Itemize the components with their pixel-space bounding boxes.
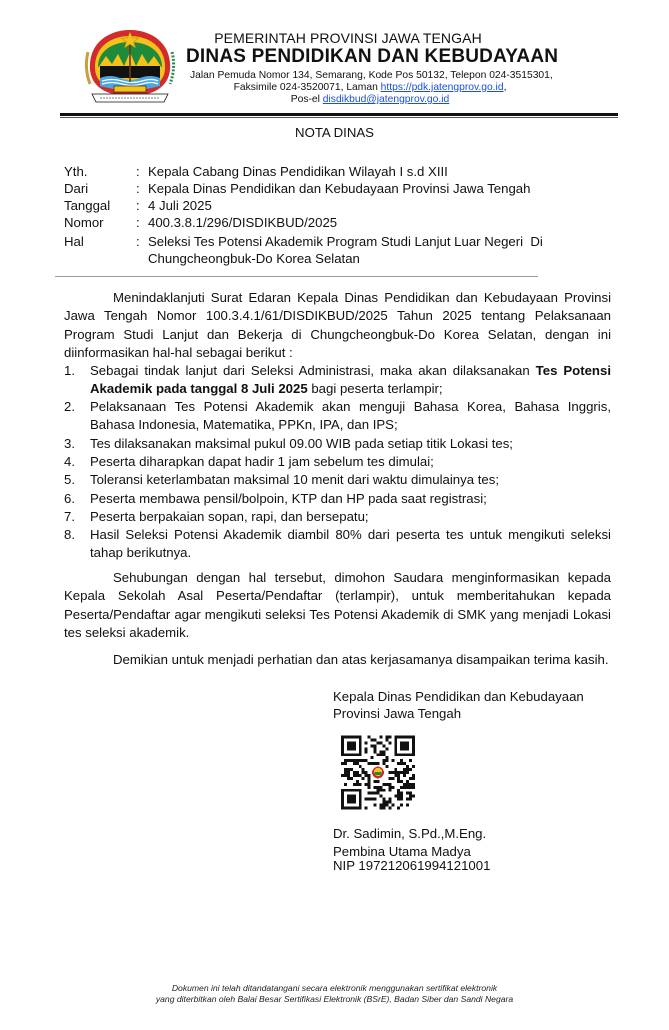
government-name: PEMERINTAH PROVINSI JAWA TENGAH xyxy=(190,30,506,46)
meta-colon: : xyxy=(136,198,140,213)
meta-colon: : xyxy=(136,181,140,196)
list-number: 7. xyxy=(64,508,75,526)
list-text: Peserta diharapkan dapat hadir 1 jam seb… xyxy=(90,453,611,471)
list-number: 8. xyxy=(64,526,75,544)
list-item: 1. Sebagai tindak lanjut dari Seleksi Ad… xyxy=(64,362,611,399)
signer-position: Kepala Dinas Pendidikan dan Kebudayaan xyxy=(333,689,584,704)
list-text: Peserta berpakaian sopan, rapi, dan bers… xyxy=(90,508,611,526)
list-item: 7. Peserta berpakaian sopan, rapi, dan b… xyxy=(64,508,611,526)
list-text: Toleransi keterlambatan maksimal 10 meni… xyxy=(90,471,611,489)
agency-name: DINAS PENDIDIKAN DAN KEBUDAYAAN xyxy=(186,46,546,68)
list-text: Tes dilaksanakan maksimal pukul 09.00 WI… xyxy=(90,435,611,453)
email-link[interactable]: disdikbud@jatengprov.go.id xyxy=(323,94,449,105)
fax-label: Faksimile 024-3520071, Laman xyxy=(234,82,381,93)
list-item: 6. Peserta membawa pensil/bolpoin, KTP d… xyxy=(64,490,611,508)
meta-label: Dari xyxy=(64,181,88,196)
meta-value: Kepala Dinas Pendidikan dan Kebudayaan P… xyxy=(148,181,530,196)
email-label: Pos-el xyxy=(291,94,323,105)
contact-line: Faksimile 024-3520071, Laman https://pdk… xyxy=(190,82,550,93)
memo-title: NOTA DINAS xyxy=(0,125,669,140)
meta-value: Kepala Cabang Dinas Pendidikan Wilayah I… xyxy=(148,164,448,179)
list-text: Sebagai tindak lanjut dari Seleksi Admin… xyxy=(90,362,611,399)
meta-label: Hal xyxy=(64,234,84,249)
website-link[interactable]: https://pdk.jatengprov.go.id xyxy=(381,82,504,93)
nip-label: NIP xyxy=(333,858,355,873)
list-number: 3. xyxy=(64,435,75,453)
list-number: 5. xyxy=(64,471,75,489)
meta-value: Seleksi Tes Potensi Akademik Program Stu… xyxy=(148,234,543,249)
list-number: 6. xyxy=(64,490,75,508)
meta-label: Nomor xyxy=(64,215,104,230)
list-text: Pelaksanaan Tes Potensi Akademik akan me… xyxy=(90,398,611,435)
closing-paragraph: Demikian untuk menjadi perhatian dan ata… xyxy=(64,651,611,669)
list-text: Peserta membawa pensil/bolpoin, KTP dan … xyxy=(90,490,611,508)
signer-province: Provinsi Jawa Tengah xyxy=(333,706,461,721)
list-number: 2. xyxy=(64,398,75,416)
meta-value: 4 Juli 2025 xyxy=(148,198,212,213)
list-number: 4. xyxy=(64,453,75,471)
meta-value: 400.3.8.1/296/DISDIKBUD/2025 xyxy=(148,215,337,230)
signer-rank: Pembina Utama Madya xyxy=(333,844,471,859)
list-item: 3. Tes dilaksanakan maksimal pukul 09.00… xyxy=(64,435,611,453)
meta-colon: : xyxy=(136,215,140,230)
meta-colon: : xyxy=(136,164,140,179)
list-number: 1. xyxy=(64,362,75,380)
e-signature-issuer: yang diterbitkan oleh Balai Besar Sertif… xyxy=(0,994,669,1004)
signer-nip: NIP 197212061994121001 xyxy=(333,858,490,873)
nip-value: 197212061994121001 xyxy=(358,858,490,873)
meta-label: Tanggal xyxy=(64,198,110,213)
intro-paragraph: Menindaklanjuti Surat Edaran Kepala Dina… xyxy=(64,289,611,362)
list-item: 4. Peserta diharapkan dapat hadir 1 jam … xyxy=(64,453,611,471)
list-item: 8. Hasil Seleksi Potensi Akademik diambi… xyxy=(64,526,611,563)
punctuation: , xyxy=(504,82,507,93)
email-line: Pos-el disdikbud@jatengprov.go.id xyxy=(190,94,550,105)
list-item: 5. Toleransi keterlambatan maksimal 10 m… xyxy=(64,471,611,489)
coat-of-arms-logo xyxy=(80,22,180,108)
meta-colon: : xyxy=(136,234,140,249)
list-item: 2. Pelaksanaan Tes Potensi Akademik akan… xyxy=(64,398,611,435)
signer-name: Dr. Sadimin, S.Pd.,M.Eng. xyxy=(333,826,486,841)
meta-value-continuation: Chungcheongbuk-Do Korea Selatan xyxy=(148,251,360,266)
list-text: Hasil Seleksi Potensi Akademik diambil 8… xyxy=(90,526,611,563)
address-line: Jalan Pemuda Nomor 134, Semarang, Kode P… xyxy=(190,70,550,81)
qr-code-icon[interactable] xyxy=(341,735,415,810)
separator-line xyxy=(55,276,538,277)
e-signature-notice: Dokumen ini telah ditandatangani secara … xyxy=(0,983,669,993)
meta-label: Yth. xyxy=(64,164,87,179)
request-paragraph: Sehubungan dengan hal tersebut, dimohon … xyxy=(64,569,611,642)
letterhead-rule-thick xyxy=(60,113,618,116)
letterhead-rule-thin xyxy=(60,117,618,118)
